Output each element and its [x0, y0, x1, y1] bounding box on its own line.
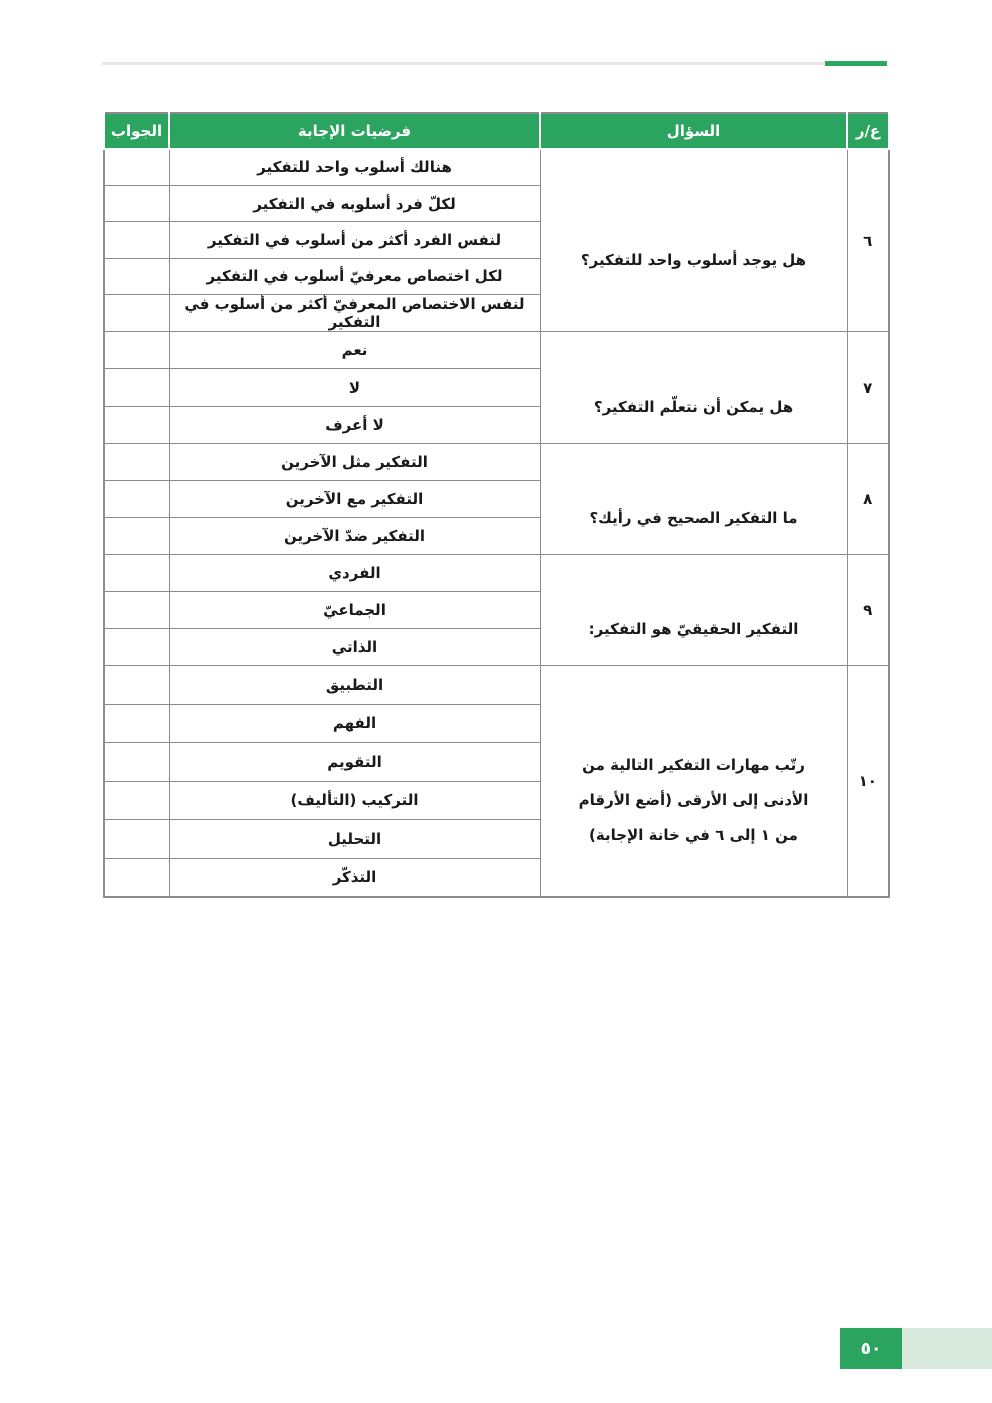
- header-cell-answer: الجواب: [104, 113, 169, 149]
- header-cell-question: السؤال: [540, 113, 847, 149]
- hypothesis-text: التركيب (التأليف): [169, 781, 540, 820]
- answer-cell: [104, 820, 169, 859]
- hypothesis-text: لا: [169, 369, 540, 406]
- table-header-row: ع/ر السؤال فرضيات الإجابة الجواب: [104, 113, 889, 149]
- answer-cell: [104, 555, 169, 592]
- hypothesis-text: لكل اختصاص معرفيّ أسلوب في التفكير: [169, 258, 540, 294]
- answer-cell: [104, 666, 169, 705]
- hypothesis-text: لنفس الفرد أكثر من أسلوب في التفكير: [169, 222, 540, 258]
- answer-cell: [104, 858, 169, 897]
- answer-cell: [104, 481, 169, 518]
- header-cell-number: ع/ر: [847, 113, 889, 149]
- hypothesis-text: التفكير مثل الآخرين: [169, 444, 540, 481]
- hypothesis-text: لنفس الاختصاص المعرفيّ أكثر من أسلوب في …: [169, 295, 540, 332]
- answer-cell: [104, 369, 169, 406]
- header-rule: [102, 62, 887, 65]
- question-text: هل يوجد أسلوب واحد للتفكير؟: [540, 149, 847, 332]
- answer-cell: [104, 406, 169, 443]
- page-number-badge: ٥٠: [840, 1328, 902, 1369]
- hypothesis-text: هنالك أسلوب واحد للتفكير: [169, 149, 540, 185]
- footer-accent-bar: [902, 1328, 992, 1369]
- hypothesis-text: التفكير ضدّ الآخرين: [169, 518, 540, 555]
- table-row: ٧هل يمكن أن نتعلّم التفكير؟نعم: [104, 332, 889, 369]
- answer-cell: [104, 743, 169, 782]
- question-text: ما التفكير الصحيح في رأيك؟: [540, 444, 847, 555]
- question-number: ٧: [847, 332, 889, 444]
- hypothesis-text: التحليل: [169, 820, 540, 859]
- question-number: ٩: [847, 555, 889, 666]
- header-cell-hypotheses: فرضيات الإجابة: [169, 113, 540, 149]
- question-text: هل يمكن أن نتعلّم التفكير؟: [540, 332, 847, 444]
- page-number: ٥٠: [861, 1339, 882, 1359]
- question-text: التفكير الحقيقيّ هو التفكير:: [540, 555, 847, 666]
- survey-table-body: ٦هل يوجد أسلوب واحد للتفكير؟هنالك أسلوب …: [104, 149, 889, 897]
- hypothesis-text: لكلّ فرد أسلوبه في التفكير: [169, 185, 540, 221]
- answer-cell: [104, 518, 169, 555]
- hypothesis-text: التقويم: [169, 743, 540, 782]
- question-number: ٨: [847, 444, 889, 555]
- answer-cell: [104, 332, 169, 369]
- hypothesis-text: لا أعرف: [169, 406, 540, 443]
- question-number: ٦: [847, 149, 889, 332]
- hypothesis-text: الجماعيّ: [169, 592, 540, 629]
- survey-table: ع/ر السؤال فرضيات الإجابة الجواب ٦هل يوج…: [103, 112, 890, 898]
- hypothesis-text: نعم: [169, 332, 540, 369]
- answer-cell: [104, 295, 169, 332]
- table-row: ٦هل يوجد أسلوب واحد للتفكير؟هنالك أسلوب …: [104, 149, 889, 185]
- answer-cell: [104, 258, 169, 294]
- question-text: رتّب مهارات التفكير التالية من الأدنى إل…: [540, 666, 847, 897]
- answer-cell: [104, 444, 169, 481]
- answer-cell: [104, 222, 169, 258]
- hypothesis-text: التفكير مع الآخرين: [169, 481, 540, 518]
- question-number: ١٠: [847, 666, 889, 897]
- answer-cell: [104, 704, 169, 743]
- answer-cell: [104, 592, 169, 629]
- table-row: ٨ما التفكير الصحيح في رأيك؟التفكير مثل ا…: [104, 444, 889, 481]
- answer-cell: [104, 629, 169, 666]
- table-row: ٩التفكير الحقيقيّ هو التفكير:الفردي: [104, 555, 889, 592]
- answer-cell: [104, 781, 169, 820]
- hypothesis-text: الذاتي: [169, 629, 540, 666]
- answer-cell: [104, 185, 169, 221]
- header-rule-accent: [825, 61, 887, 66]
- hypothesis-text: الفهم: [169, 704, 540, 743]
- hypothesis-text: التذكّر: [169, 858, 540, 897]
- answer-cell: [104, 149, 169, 185]
- table-row: ١٠رتّب مهارات التفكير التالية من الأدنى …: [104, 666, 889, 705]
- hypothesis-text: التطبيق: [169, 666, 540, 705]
- hypothesis-text: الفردي: [169, 555, 540, 592]
